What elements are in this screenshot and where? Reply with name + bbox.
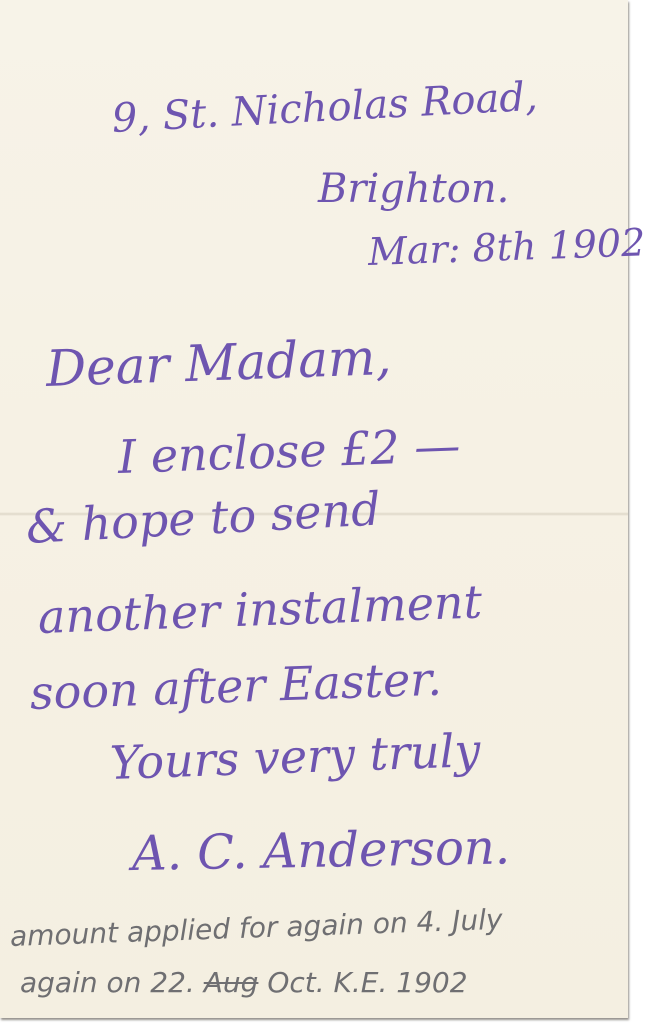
annotation-prefix: again on 22. — [20, 966, 195, 999]
annotation-suffix: Oct. K.E. 1902 — [267, 966, 467, 999]
body-line-3: another instalment — [37, 575, 483, 644]
address-line-2: Brighton. — [318, 166, 509, 212]
letter-date: Mar: 8th 1902 — [367, 220, 646, 274]
salutation: Dear Madam, — [45, 328, 392, 398]
letter-paper: 9, St. Nicholas Road, Brighton. Mar: 8th… — [0, 0, 628, 1018]
closing: Yours very truly — [109, 723, 481, 790]
body-line-4: soon after Easter. — [29, 652, 443, 720]
body-line-2: & hope to send — [25, 481, 382, 553]
pencil-annotation-line-2: again on 22. Aug Oct. K.E. 1902 — [20, 966, 468, 999]
pencil-annotation-line-1: amount applied for again on 4. July — [9, 903, 503, 953]
signature: A. C. Anderson. — [132, 819, 511, 882]
annotation-struck-month: Aug — [204, 966, 259, 999]
body-line-1: I enclose £2 — — [117, 418, 461, 484]
address-line-1: 9, St. Nicholas Road, — [111, 74, 539, 142]
